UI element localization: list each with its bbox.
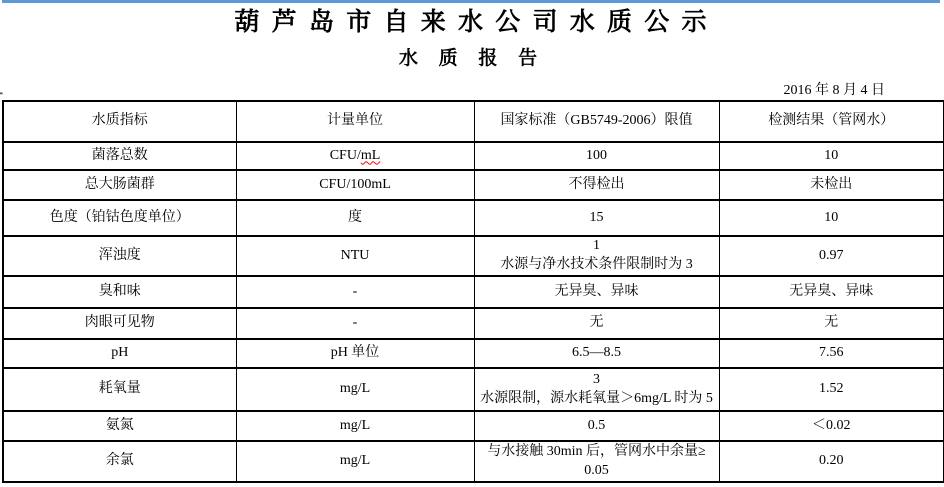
- table-row: pHpH 单位6.5—8.57.56: [3, 339, 944, 368]
- page-title: 葫 芦 岛 市 自 来 水 公 司 水 质 公 示: [0, 0, 944, 38]
- limit-line: 无异臭、异味: [477, 283, 717, 302]
- limit-cell: 6.5—8.5: [474, 339, 719, 368]
- limit-line: 水源与净水技术条件限制时为 3: [477, 256, 717, 275]
- limit-line: 100: [477, 147, 717, 166]
- result-cell: 无异臭、异味: [719, 276, 944, 308]
- limit-line: 15: [477, 209, 717, 228]
- column-header-indicator: 水质指标: [3, 101, 236, 142]
- table-row: 菌落总数CFU/mL10010: [3, 142, 944, 170]
- indicator-cell: 余氯: [3, 441, 236, 482]
- result-cell: 7.56: [719, 339, 944, 368]
- table-row: 肉眼可见物-无无: [3, 308, 944, 339]
- indicator-cell: 耗氧量: [3, 368, 236, 411]
- limit-cell: 3水源限制，源水耗氧量＞6mg/L 时为 5: [474, 368, 719, 411]
- table-row: 耗氧量mg/L3水源限制，源水耗氧量＞6mg/L 时为 51.52: [3, 368, 944, 411]
- spellcheck-squiggle: mL: [361, 148, 380, 163]
- limit-cell: 与水接触 30min 后，管网水中余量≥0.05: [474, 441, 719, 482]
- result-cell: 0.20: [719, 441, 944, 482]
- indicator-cell: 氨氮: [3, 411, 236, 441]
- unit-cell: CFU/100mL: [236, 170, 474, 200]
- limit-line: 与水接触 30min 后，管网水中余量≥: [477, 443, 717, 462]
- unit-cell: CFU/mL: [236, 142, 474, 170]
- limit-cell: 15: [474, 200, 719, 236]
- indicator-cell: 菌落总数: [3, 142, 236, 170]
- unit-cell: pH 单位: [236, 339, 474, 368]
- unit-cell: -: [236, 276, 474, 308]
- indicator-cell: 总大肠菌群: [3, 170, 236, 200]
- indicator-cell: 肉眼可见物: [3, 308, 236, 339]
- result-cell: 10: [719, 142, 944, 170]
- indicator-cell: pH: [3, 339, 236, 368]
- column-header-unit: 计量单位: [236, 101, 474, 142]
- limit-line: 1: [477, 237, 717, 256]
- column-header-limit: 国家标准（GB5749-2006）限值: [474, 101, 719, 142]
- unit-cell: mg/L: [236, 441, 474, 482]
- table-row: 余氯mg/L与水接触 30min 后，管网水中余量≥0.050.20: [3, 441, 944, 482]
- table-row: 浑浊度NTU1水源与净水技术条件限制时为 30.97: [3, 236, 944, 276]
- unit-cell: 度: [236, 200, 474, 236]
- water-quality-table: 水质指标 计量单位 国家标准（GB5749-2006）限值 检测结果（管网水） …: [2, 100, 944, 483]
- limit-line: 不得检出: [477, 176, 717, 195]
- table-row: 氨氮mg/L0.5＜0.02: [3, 411, 944, 441]
- result-cell: 无: [719, 308, 944, 339]
- result-cell: 10: [719, 200, 944, 236]
- table-body: 菌落总数CFU/mL10010总大肠菌群CFU/100mL不得检出未检出色度（铂…: [3, 142, 944, 482]
- limit-cell: 无: [474, 308, 719, 339]
- limit-line: 无: [477, 314, 717, 333]
- unit-cell: mg/L: [236, 368, 474, 411]
- top-accent-bar: [2, 0, 940, 3]
- limit-cell: 无异臭、异味: [474, 276, 719, 308]
- result-cell: 0.97: [719, 236, 944, 276]
- table-row: 色度（铂钴色度单位）度1510: [3, 200, 944, 236]
- indicator-cell: 臭和味: [3, 276, 236, 308]
- result-cell: 1.52: [719, 368, 944, 411]
- limit-cell: 0.5: [474, 411, 719, 441]
- indicator-cell: 色度（铂钴色度单位）: [3, 200, 236, 236]
- report-date: 2016 年 8 月 4 日: [784, 79, 886, 99]
- limit-line: 0.05: [477, 462, 717, 481]
- result-cell: ＜0.02: [719, 411, 944, 441]
- column-header-result: 检测结果（管网水）: [719, 101, 944, 142]
- limit-line: 0.5: [477, 417, 717, 436]
- limit-cell: 不得检出: [474, 170, 719, 200]
- table-header-row: 水质指标 计量单位 国家标准（GB5749-2006）限值 检测结果（管网水）: [3, 101, 944, 142]
- unit-cell: mg/L: [236, 411, 474, 441]
- limit-line: 6.5—8.5: [477, 344, 717, 363]
- result-cell: 未检出: [719, 170, 944, 200]
- limit-cell: 1水源与净水技术条件限制时为 3: [474, 236, 719, 276]
- unit-cell: NTU: [236, 236, 474, 276]
- page-subtitle: 水 质 报 告: [0, 43, 944, 70]
- indicator-cell: 浑浊度: [3, 236, 236, 276]
- table-row: 总大肠菌群CFU/100mL不得检出未检出: [3, 170, 944, 200]
- limit-line: 水源限制，源水耗氧量＞6mg/L 时为 5: [477, 390, 717, 409]
- limit-line: 3: [477, 371, 717, 390]
- table-row: 臭和味-无异臭、异味无异臭、异味: [3, 276, 944, 308]
- unit-cell: -: [236, 308, 474, 339]
- limit-cell: 100: [474, 142, 719, 170]
